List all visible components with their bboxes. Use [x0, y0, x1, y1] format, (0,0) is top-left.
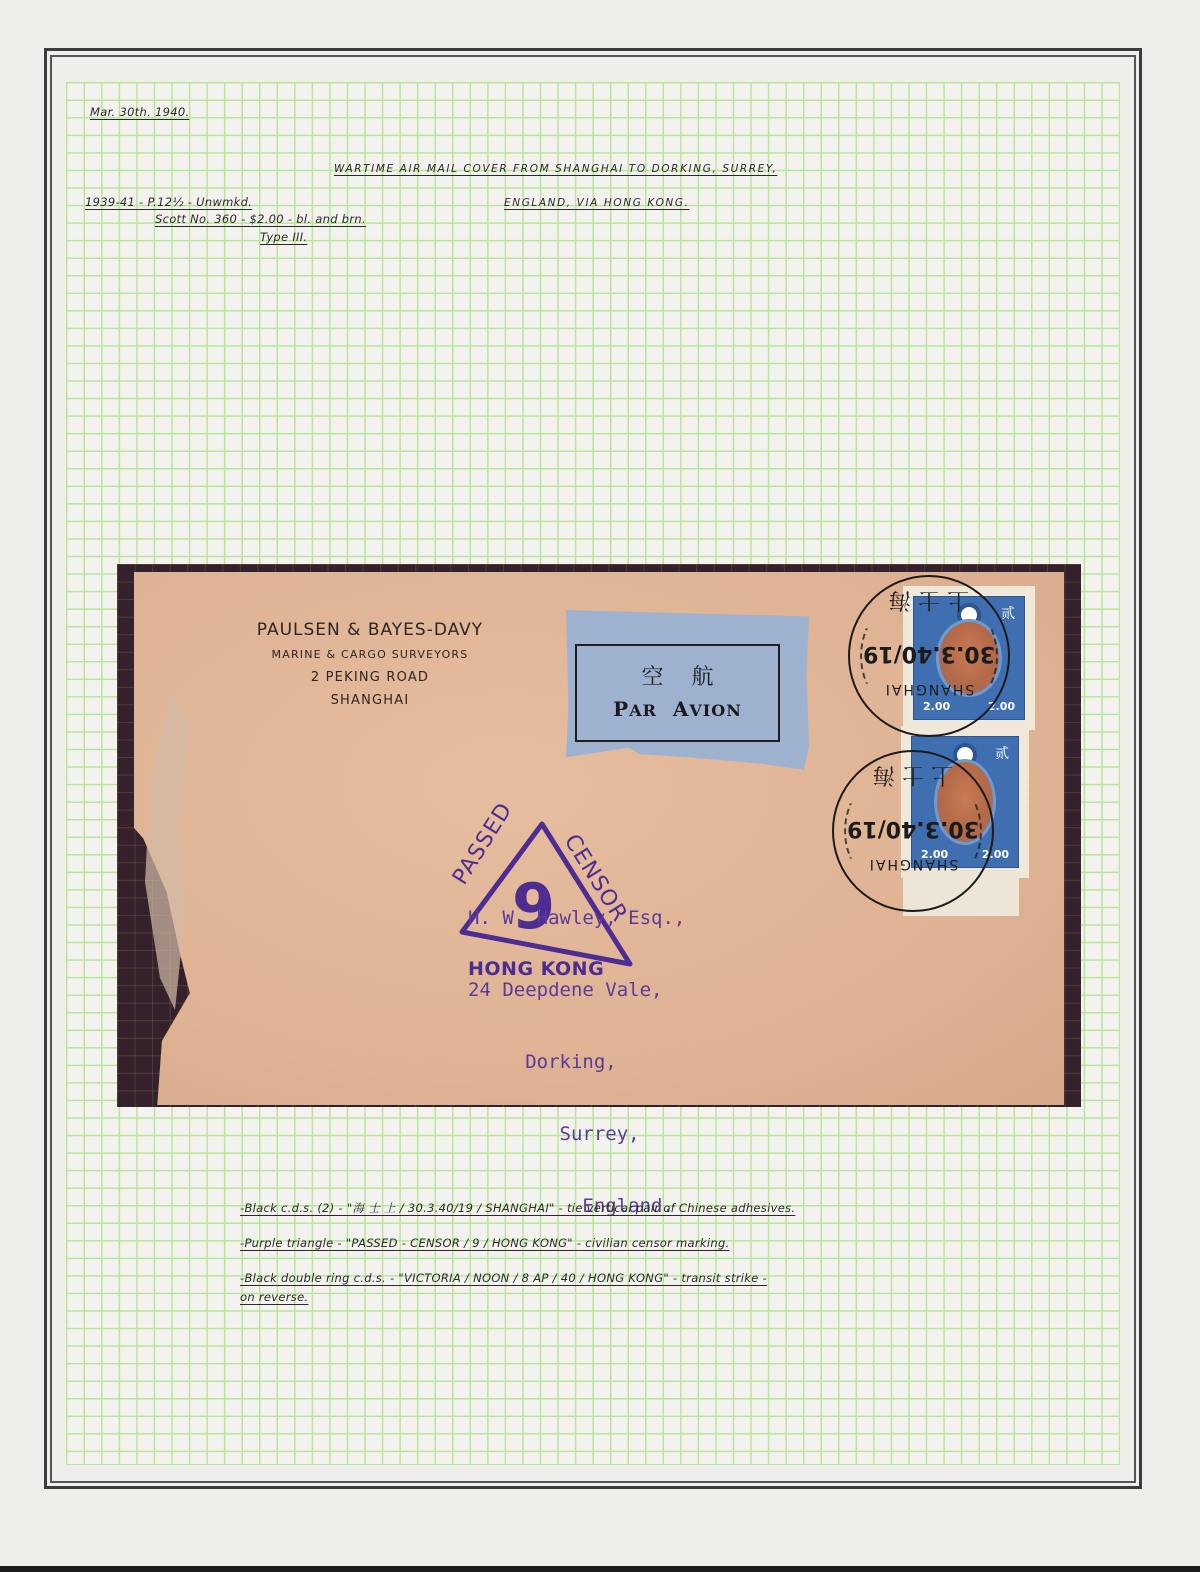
air-mail-label-box: 空航 PAR AVION	[575, 644, 780, 742]
stamp-info-line2: Scott No. 360 - $2.00 - bl. and brn.	[155, 212, 366, 226]
postmark-top: SHANGHAI 30.3.40/19 上 士 海	[848, 575, 1010, 737]
postmark-bottom: SHANGHAI 30.3.40/19 上 士 海	[832, 750, 994, 912]
address-line: 24 Deepdene Vale,	[468, 978, 685, 1002]
letterhead: PAULSEN & BAYES-DAVY MARINE & CARGO SURV…	[200, 620, 540, 708]
note-transit: -Black double ring c.d.s. - "VICTORIA / …	[240, 1271, 767, 1285]
letterhead-name: PAULSEN & BAYES-DAVY	[200, 620, 540, 640]
letterhead-city: SHANGHAI	[200, 693, 540, 708]
postmark-city: SHANGHAI	[834, 856, 992, 872]
stamp-info-line1: 1939-41 - P.12½ - Unwmkd.	[85, 195, 252, 209]
address-line: Dorking,	[468, 1050, 685, 1074]
address-line: Surrey,	[468, 1122, 685, 1146]
cover-date: Mar. 30th. 1940.	[90, 105, 189, 119]
letterhead-subtitle: MARINE & CARGO SURVEYORS	[200, 648, 540, 661]
stamp-character: 贰	[995, 743, 1009, 763]
air-mail-chinese: 空航	[577, 660, 778, 691]
scan-edge	[0, 1566, 1200, 1572]
note-censor: -Purple triangle - "PASSED - CENSOR / 9 …	[240, 1236, 730, 1250]
postmark-city: SHANGHAI	[850, 681, 1008, 697]
stamp-info-line3: Type III.	[260, 230, 307, 244]
page-title-line1: WARTIME AIR MAIL COVER FROM SHANGHAI TO …	[334, 163, 778, 175]
postmark-date: 30.3.40/19	[834, 816, 992, 841]
postmark-chinese: 上 士 海	[850, 586, 1008, 617]
air-mail-par-avion: PAR AVION	[577, 697, 778, 721]
letterhead-address: 2 PEKING ROAD	[200, 670, 540, 685]
address-line: H. W. Hawley, Esq.,	[468, 906, 685, 930]
page-title-line2: ENGLAND, VIA HONG KONG.	[504, 197, 690, 209]
recipient-address: H. W. Hawley, Esq., 24 Deepdene Vale, Do…	[468, 858, 685, 1242]
postmark-chinese: 上 士 海	[834, 761, 992, 792]
postmark-date: 30.3.40/19	[850, 641, 1008, 666]
note-cds: -Black c.d.s. (2) - "海 士 上 / 30.3.40/19 …	[240, 1200, 795, 1216]
note-transit-cont: on reverse.	[240, 1290, 308, 1304]
